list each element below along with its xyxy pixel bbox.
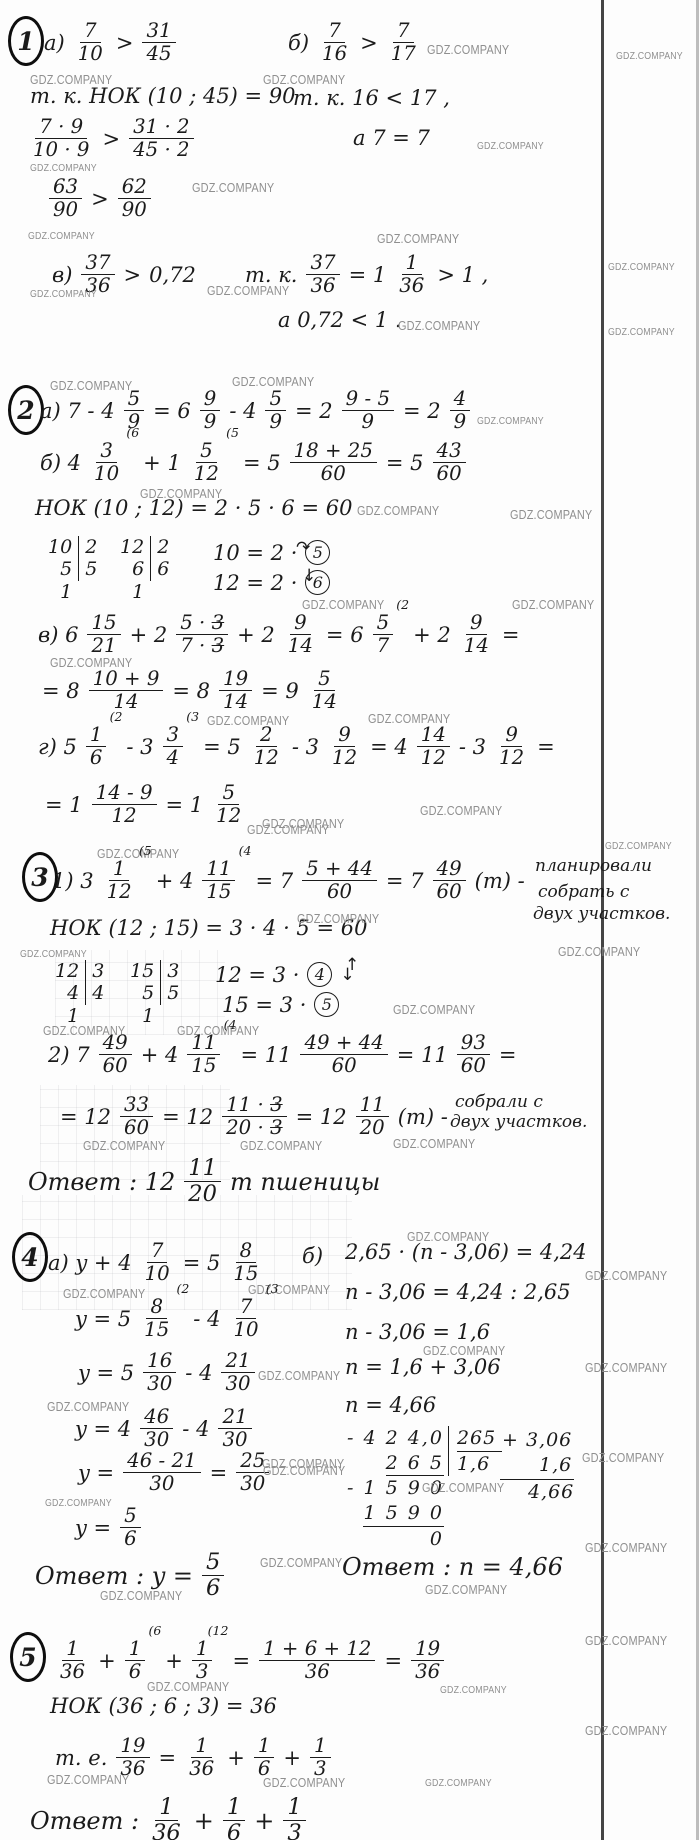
denominator: 4	[163, 747, 184, 769]
fraction: 1 + 6 + 1236	[259, 1638, 375, 1683]
math-line: т. к. 16 < 17 ,	[293, 86, 450, 110]
common-denominator-mark: (4	[239, 845, 252, 858]
fraction: 5 + 4460	[302, 858, 377, 903]
math-line: 2,65 · (n - 3,06) = 4,24	[345, 1240, 587, 1264]
denominator: 21	[87, 635, 120, 657]
watermark: GDZ.COMPANY	[100, 1588, 182, 1603]
denominator: 17	[387, 43, 420, 65]
math-text: - 4	[185, 1361, 212, 1385]
fraction: 6390	[49, 176, 82, 221]
denominator: 12	[212, 805, 245, 827]
numerator: 11	[187, 1032, 220, 1055]
math-line: y = 5815(2- 4710(3	[75, 1296, 275, 1341]
numerator: 93	[457, 1032, 490, 1055]
math-line: n = 4,66	[345, 1393, 436, 1417]
math-text: т. е.	[55, 1746, 107, 1770]
math-text: +	[227, 1746, 245, 1770]
denominator: 10	[90, 463, 123, 485]
fraction: 3360	[120, 1094, 153, 1139]
fraction: 710	[74, 20, 107, 65]
math-text: б) 4	[40, 451, 81, 475]
math-text: = 8	[172, 679, 210, 703]
watermark: GDZ.COMPANY	[30, 288, 97, 300]
numerator: 1	[155, 1795, 177, 1821]
numerator: 9	[200, 388, 221, 411]
denominator: 12	[103, 881, 136, 903]
math-text: Ответ : n = 4,66	[342, 1553, 563, 1581]
denominator: 6	[202, 1576, 224, 1601]
watermark: GDZ.COMPANY	[393, 1136, 475, 1151]
math-text: =	[537, 735, 555, 759]
fraction: 136	[56, 1638, 89, 1683]
math-text: = 5	[203, 735, 241, 759]
math-text: = 1	[349, 263, 387, 287]
denominator: 6	[86, 747, 107, 769]
denominator: 10	[74, 43, 107, 65]
circled-number: 5	[314, 992, 339, 1017]
common-denominator-mark: (5	[139, 845, 152, 858]
math-text: >	[91, 187, 109, 211]
numerator: 5	[196, 440, 217, 463]
math-text: >	[103, 127, 121, 151]
denominator: 6	[223, 1821, 245, 1840]
common-denominator-mark: (3	[186, 711, 199, 724]
math-text: - 4	[229, 399, 256, 423]
numerator: 33	[120, 1094, 153, 1117]
math-text: - 3	[292, 735, 319, 759]
numerator: 21	[218, 1406, 251, 1429]
math-text: + 2	[413, 623, 451, 647]
watermark: GDZ.COMPANY	[422, 1480, 504, 1495]
ladder-left: 1051	[48, 536, 78, 603]
numerator: 7	[393, 20, 414, 43]
numerator: 4	[450, 388, 471, 411]
common-denominator-mark: (6	[148, 1625, 161, 1638]
column-addition: + 3,061,64,66	[500, 1428, 574, 1505]
fraction: 31 · 245 · 2	[129, 116, 194, 161]
watermark: GDZ.COMPANY	[398, 318, 480, 333]
math-text: y =	[78, 1461, 114, 1485]
watermark: GDZ.COMPANY	[477, 140, 544, 152]
math-line: 1) 3112(5+ 41115(4= 75 + 4460= 74960(т) …	[52, 858, 525, 903]
numerator: 8	[236, 1240, 257, 1263]
math-text: y = 5	[78, 1361, 134, 1385]
math-text: а 7 = 7	[353, 126, 430, 150]
common-denominator-mark: (2	[396, 599, 409, 612]
math-text: т. к.	[245, 263, 297, 287]
fraction: 10 + 914	[89, 668, 164, 713]
numerator: 19	[411, 1638, 444, 1661]
watermark: GDZ.COMPANY	[258, 1368, 340, 1383]
numerator: 5	[265, 388, 286, 411]
denominator: 90	[118, 199, 151, 221]
numerator: 2	[256, 724, 277, 747]
math-text: = 5	[183, 1251, 221, 1275]
arrow-icon: ↓	[302, 566, 316, 586]
numerator: 1	[86, 724, 107, 747]
math-text: =	[232, 1649, 250, 1673]
ladder-right: 26	[150, 536, 169, 581]
math-text: = 12	[296, 1105, 347, 1129]
math-line: планировали	[535, 856, 652, 876]
fraction: 56	[202, 1550, 224, 1602]
math-line: двух участков.	[450, 1112, 587, 1132]
denominator: 9	[265, 411, 286, 433]
math-text: = 7	[386, 869, 424, 893]
common-denominator-mark: (3	[266, 1283, 279, 1296]
math-text: 12 = 3 ·	[215, 963, 299, 987]
math-text: НОК (10 ; 12) = 2 · 5 · 6 = 60	[35, 496, 352, 520]
math-text: n = 4,66	[345, 1393, 436, 1417]
fraction: 912	[328, 724, 361, 769]
math-line: б)	[302, 1244, 323, 1268]
denominator: 30	[140, 1429, 173, 1451]
math-text: - 4	[193, 1307, 220, 1331]
math-text: а) y + 4	[48, 1251, 132, 1275]
math-text: = 12	[60, 1105, 111, 1129]
numerator: 1	[62, 1638, 83, 1661]
common-denominator-mark: (2	[110, 711, 123, 724]
math-line: 12 = 3 ·4↓	[215, 962, 355, 987]
denominator: 9	[450, 411, 471, 433]
math-text: = 2	[403, 399, 441, 423]
denominator: 36	[306, 275, 339, 297]
denominator: 15	[202, 881, 235, 903]
denominator: 30	[145, 1473, 178, 1495]
denominator: 14	[219, 691, 252, 713]
denominator: 60	[433, 463, 466, 485]
math-text: =	[502, 623, 520, 647]
denominator: 20 · 3	[222, 1117, 287, 1139]
denominator: 10	[229, 1319, 262, 1341]
math-line: б)716>717	[288, 20, 421, 65]
math-text: 2) 7	[48, 1043, 90, 1067]
numerator: 11 · 3	[222, 1094, 287, 1117]
math-text: в) 6	[38, 623, 78, 647]
watermark: GDZ.COMPANY	[585, 1633, 667, 1648]
numerator: 31 · 2	[129, 116, 194, 139]
denominator: 12	[250, 747, 283, 769]
math-text: 0,72	[149, 263, 196, 287]
math-text: а 0,72 < 1 .	[278, 308, 402, 332]
ladder-left: 1551	[130, 960, 160, 1027]
watermark: GDZ.COMPANY	[47, 1772, 129, 1787]
fraction: 49	[450, 388, 471, 433]
denominator: 45	[142, 43, 175, 65]
fraction: 2130	[218, 1406, 251, 1451]
denominator: 30	[143, 1373, 176, 1395]
math-line: а 0,72 < 1 .	[278, 308, 402, 332]
math-text: n = 1,6 + 3,06	[345, 1355, 501, 1379]
watermark: GDZ.COMPANY	[605, 840, 672, 852]
math-text: Ответ : y =	[35, 1562, 193, 1590]
numerator: 1 + 6 + 12	[259, 1638, 375, 1661]
denominator: 12	[190, 463, 223, 485]
addend-rows: + 3,061,6	[500, 1428, 574, 1480]
fraction: 1120	[356, 1094, 389, 1139]
common-denominator-mark: (5	[226, 427, 239, 440]
circled-number: 4	[307, 962, 332, 987]
numerator: 62	[118, 176, 151, 199]
denominator: 60	[328, 1055, 361, 1077]
watermark: GDZ.COMPANY	[248, 1282, 330, 1297]
math-line: 136+16(6+13(12=1 + 6 + 1236=1936	[55, 1638, 445, 1683]
math-text: б)	[302, 1244, 323, 1268]
denominator: 9	[200, 411, 221, 433]
sum-result: 4,66	[528, 1480, 574, 1505]
watermark: GDZ.COMPANY	[616, 50, 683, 62]
numerator: 15	[87, 612, 120, 635]
math-text: планировали	[535, 856, 652, 876]
denominator: 14	[460, 635, 493, 657]
fraction: 4960	[99, 1032, 132, 1077]
denominator: 10 · 9	[29, 139, 94, 161]
denominator: 16	[318, 43, 351, 65]
prime-factor-ladder: 155135	[130, 960, 179, 1027]
math-text: =	[499, 1043, 517, 1067]
math-line: n - 3,06 = 1,6	[345, 1320, 490, 1344]
math-text: = 5	[243, 451, 281, 475]
math-text: в)	[52, 263, 72, 287]
math-text: +	[194, 1807, 214, 1835]
numerator: 1	[402, 252, 423, 275]
numerator: 9 - 5	[342, 388, 394, 411]
math-text: = 11	[240, 1043, 291, 1067]
fraction: 112(5	[103, 858, 136, 903]
math-line: y =46 - 2130=2530	[78, 1450, 270, 1495]
problem-number: 1	[8, 16, 44, 66]
math-line: = 114 - 912= 1512	[45, 782, 246, 827]
math-line: т. к. НОК (10 ; 45) = 90	[30, 84, 296, 108]
numerator: 19	[116, 1735, 149, 1758]
math-text: = 8	[42, 679, 80, 703]
arrow-icon: ↑	[345, 955, 359, 975]
math-text: 10 = 2 ·	[213, 541, 297, 565]
denominator: 12	[495, 747, 528, 769]
math-text: = 2	[295, 399, 333, 423]
denominator: 12	[328, 747, 361, 769]
common-denominator-mark: (6	[126, 427, 139, 440]
fraction: 3736	[306, 252, 339, 297]
denominator: 9	[358, 411, 379, 433]
math-text: собрать с	[538, 882, 629, 902]
numerator: 5	[120, 1505, 141, 1528]
math-text: +	[165, 1649, 183, 1673]
fraction: 16(6	[125, 1638, 146, 1683]
fraction: 9360	[457, 1032, 490, 1077]
numerator: 7	[236, 1296, 257, 1319]
denominator: 36	[395, 275, 428, 297]
numerator: 31	[142, 20, 175, 43]
fraction: 512	[212, 782, 245, 827]
numerator: 46	[140, 1406, 173, 1429]
numerator: 9	[290, 612, 311, 635]
math-text: = 4	[370, 735, 408, 759]
watermark: GDZ.COMPANY	[425, 1582, 507, 1597]
math-text: (т) -	[475, 869, 525, 893]
math-line: = 123360= 1211 · 320 · 3= 121120(т) -	[60, 1094, 448, 1139]
ladder-right: 35	[160, 960, 179, 1005]
math-text: = 5	[386, 451, 424, 475]
fraction: 310(6	[90, 440, 123, 485]
numerator: 8	[146, 1296, 167, 1319]
denominator: 45 · 2	[129, 139, 194, 161]
math-text: =	[384, 1649, 402, 1673]
numerator: 11	[184, 1156, 221, 1182]
math-text: =	[210, 1461, 228, 1485]
denominator: 36	[411, 1661, 444, 1683]
fraction: 14 - 912	[92, 782, 157, 827]
denominator: 60	[433, 881, 466, 903]
numerator: 7	[147, 1240, 168, 1263]
fraction: 1115(4	[202, 858, 235, 903]
watermark: GDZ.COMPANY	[192, 180, 274, 195]
denominator: 36	[185, 1758, 218, 1780]
fraction: 512(5	[190, 440, 223, 485]
numerator: 1	[283, 1795, 305, 1821]
numerator: 5 · 3	[176, 612, 228, 635]
math-text: - 3	[126, 735, 153, 759]
numerator: 1	[310, 1735, 331, 1758]
watermark: GDZ.COMPANY	[83, 1138, 165, 1153]
fraction: 1120	[184, 1156, 221, 1208]
watermark: GDZ.COMPANY	[297, 911, 379, 926]
numerator: 46 - 21	[123, 1450, 200, 1473]
fraction: 99	[200, 388, 221, 433]
denominator: 36	[148, 1821, 185, 1840]
watermark: GDZ.COMPANY	[240, 1138, 322, 1153]
denominator: 14	[284, 635, 317, 657]
math-line: б) 4310(6+ 1512(5= 518 + 2560= 54360	[40, 440, 467, 485]
prime-factor-ladder: 105125	[48, 536, 97, 603]
denominator: 20	[356, 1117, 389, 1139]
fraction: 46 - 2130	[123, 1450, 200, 1495]
math-text: - 4	[182, 1417, 209, 1441]
denominator: 6	[120, 1528, 141, 1550]
math-text: (т) -	[398, 1105, 448, 1129]
math-text: 1) 3	[52, 869, 94, 893]
watermark: GDZ.COMPANY	[585, 1360, 667, 1375]
math-line: Ответ :136+16+13	[30, 1795, 307, 1840]
fraction: 4630	[140, 1406, 173, 1451]
math-line: а) y + 4710= 5815	[48, 1240, 263, 1285]
denominator: 90	[49, 199, 82, 221]
numerator: 37	[306, 252, 339, 275]
numerator: 49 + 44	[300, 1032, 387, 1055]
numerator: 1	[192, 1638, 213, 1661]
numerator: 7 · 9	[35, 116, 87, 139]
numerator: 7	[80, 20, 101, 43]
denominator: 60	[317, 463, 350, 485]
fraction: 514	[308, 668, 341, 713]
math-text: - 3	[459, 735, 486, 759]
watermark: GDZ.COMPANY	[260, 1555, 342, 1570]
arrow-icon: ↷	[296, 538, 310, 558]
fraction: 56	[120, 1505, 141, 1550]
math-line: 6390>6290	[48, 176, 152, 221]
problem-number: 4	[12, 1232, 48, 1282]
math-text: y = 4	[75, 1417, 131, 1441]
fraction: 49 + 4460	[300, 1032, 387, 1077]
watermark: GDZ.COMPANY	[440, 1684, 507, 1696]
ladder-right: 25	[78, 536, 97, 581]
numerator: 43	[433, 440, 466, 463]
fraction: 16	[254, 1735, 275, 1780]
math-line: собрали с	[455, 1092, 543, 1112]
numerator: 11	[202, 858, 235, 881]
numerator: 49	[99, 1032, 132, 1055]
fraction: 7 · 910 · 9	[29, 116, 94, 161]
math-text: собрали с	[455, 1092, 543, 1112]
numerator: 19	[219, 668, 252, 691]
watermark: GDZ.COMPANY	[20, 948, 87, 960]
math-text: = 11	[397, 1043, 448, 1067]
denominator: 20	[184, 1182, 221, 1207]
math-line: y = 44630- 42130	[75, 1406, 253, 1451]
worksheet-page: 1а)710>3145б)716>717GDZ.COMPANYGDZ.COMPA…	[0, 0, 700, 1840]
watermark: GDZ.COMPANY	[512, 597, 594, 612]
numerator: 1	[109, 858, 130, 881]
math-text: т. к. 16 < 17 ,	[293, 86, 450, 110]
page-fold-line	[696, 0, 699, 1840]
watermark: GDZ.COMPANY	[558, 944, 640, 959]
watermark: GDZ.COMPANY	[510, 507, 592, 522]
math-text: + 4	[156, 869, 194, 893]
watermark: GDZ.COMPANY	[477, 415, 544, 427]
denominator: 6	[125, 1661, 146, 1683]
fraction: 18 + 2560	[290, 440, 377, 485]
fraction: 914	[284, 612, 317, 657]
fraction: 5 · 37 · 3	[176, 612, 228, 657]
math-line: n - 3,06 = 4,24 : 2,65	[345, 1280, 571, 1304]
numerator: 9	[466, 612, 487, 635]
math-line: = 810 + 914= 81914= 9514	[42, 668, 342, 713]
watermark: GDZ.COMPANY	[28, 230, 95, 242]
math-line: 7 · 910 · 9>31 · 245 · 2	[28, 116, 195, 161]
math-line: собрать с	[538, 882, 629, 902]
fraction: 13(12	[192, 1638, 213, 1683]
math-text: = 6	[153, 399, 191, 423]
numerator: 5 + 44	[302, 858, 377, 881]
math-line: т. к.3736= 1136> 1 ,	[245, 252, 488, 297]
fraction: 136	[185, 1735, 218, 1780]
math-text: +	[98, 1649, 116, 1673]
math-line: ↷	[296, 538, 310, 558]
denominator: 10	[141, 1263, 174, 1285]
fraction: 212	[250, 724, 283, 769]
numerator: 18 + 25	[290, 440, 377, 463]
math-text: Ответ :	[30, 1807, 139, 1835]
math-text: >	[124, 263, 142, 287]
fraction: 16(2	[86, 724, 107, 769]
math-text: = 9	[261, 679, 299, 703]
fraction: 710(3	[229, 1296, 262, 1341]
math-text: = 12	[162, 1105, 213, 1129]
fraction: 912	[495, 724, 528, 769]
denominator: 60	[99, 1055, 132, 1077]
math-text: 15 = 3 ·	[222, 993, 306, 1017]
denominator: 15	[187, 1055, 220, 1077]
numerator: 3	[163, 724, 184, 747]
watermark: GDZ.COMPANY	[262, 1456, 344, 1471]
watermark: GDZ.COMPANY	[30, 162, 97, 174]
watermark: GDZ.COMPANY	[147, 1679, 229, 1694]
numerator: 21	[221, 1350, 254, 1373]
numerator: 7	[324, 20, 345, 43]
watermark: GDZ.COMPANY	[425, 1777, 492, 1789]
denominator: 12	[417, 747, 450, 769]
fraction: 9 - 59	[342, 388, 394, 433]
